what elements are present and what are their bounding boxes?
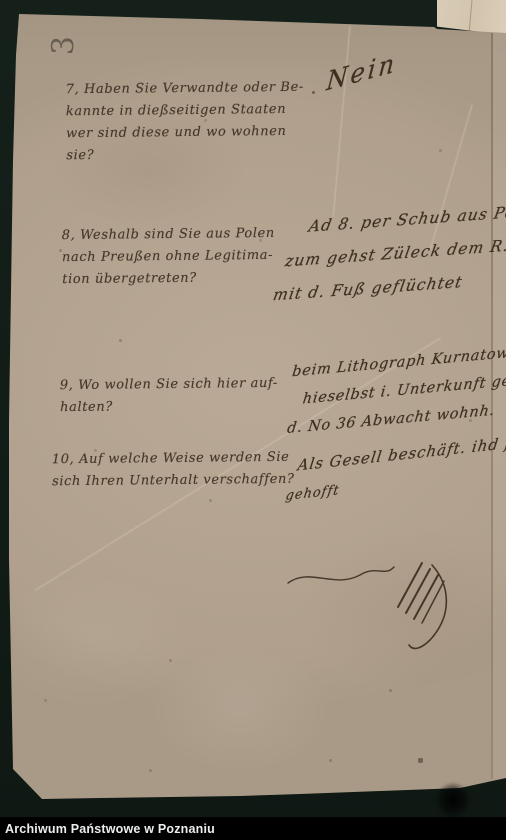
question-8-line: 8, Weshalb sind Sie aus Polen	[62, 223, 275, 247]
question-10: 10, Auf welche Weise werden Sie sich Ihr…	[52, 447, 295, 494]
answer-8: Ad 8. per Schub aus Pohlen zum gehst Zül…	[270, 193, 506, 312]
scan-smudge	[436, 782, 470, 818]
folio-number: 3	[46, 35, 82, 55]
archive-caption-bar: Archiwum Państwowe w Poznaniu	[0, 817, 506, 840]
answer-9: beim Lithograph Kurnatowski hieselbst i.…	[284, 335, 506, 443]
underlying-page-crease	[469, 0, 473, 34]
archive-caption: Archiwum Państwowe w Poznaniu	[0, 822, 215, 836]
question-7: 7, Haben Sie Verwandte oder Be- kannte i…	[66, 77, 305, 167]
document-page: 3 7, Haben Sie Verwandte oder Be- kannte…	[0, 0, 506, 817]
scan-viewport: 3 7, Haben Sie Verwandte oder Be- kannte…	[0, 0, 506, 840]
question-9: 9, Wo wollen Sie sich hier auf- halten?	[60, 373, 278, 419]
answer-7: Nein	[325, 47, 398, 97]
question-8-line: tion übergetreten?	[62, 267, 275, 291]
question-10-line: sich Ihren Unterhalt verschaffen?	[52, 469, 295, 494]
question-10-line: 10, Auf welche Weise werden Sie	[52, 447, 295, 472]
question-7-line: kannte in dießseitigen Staaten	[66, 99, 304, 123]
paper-speckles	[0, 0, 1, 1]
question-7-line: 7, Haben Sie Verwandte oder Be-	[66, 77, 304, 101]
signature-flourish	[282, 545, 462, 660]
question-7-line: sie?	[66, 143, 304, 167]
crease-line	[333, 25, 351, 216]
question-8-line: nach Preußen ohne Legitima-	[62, 245, 275, 269]
question-9-line: 9, Wo wollen Sie sich hier auf-	[60, 373, 278, 397]
question-9-line: halten?	[60, 395, 278, 419]
question-8: 8, Weshalb sind Sie aus Polen nach Preuß…	[62, 223, 276, 291]
question-7-line: wer sind diese und wo wohnen	[66, 121, 304, 145]
